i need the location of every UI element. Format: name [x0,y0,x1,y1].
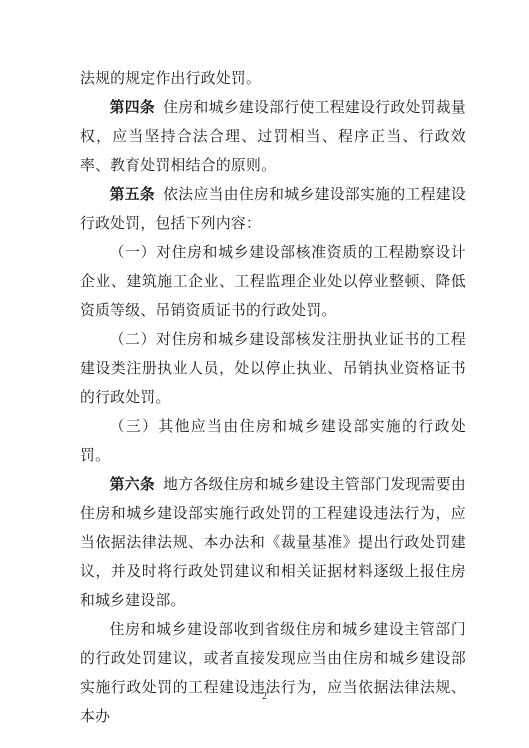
article-number-label: 第六条 [110,477,155,493]
paragraph-text: （二）对住房和城乡建设部核发注册执业证书的工程建设类注册执业人员，处以停止执业、… [80,332,466,406]
document-page: 法规的规定作出行政处罚。 第四条住房和城乡建设部行使工程建设行政处罚裁量权，应当… [0,0,529,748]
page-number: 2 [0,691,529,702]
paragraph-text: （三）其他应当由住房和城乡建设部实施的行政处罚。 [80,419,466,464]
paragraph: 法规的规定作出行政处罚。 [80,65,466,94]
paragraph-text: （一）对住房和城乡建设部核准资质的工程勘察设计企业、建筑施工企业、工程监理企业处… [80,245,466,319]
paragraph: （二）对住房和城乡建设部核发注册执业证书的工程建设类注册执业人员，处以停止执业、… [80,326,466,413]
article-number-label: 第五条 [110,187,155,203]
paragraph: （三）其他应当由住房和城乡建设部实施的行政处罚。 [80,413,466,471]
paragraph: 第四条住房和城乡建设部行使工程建设行政处罚裁量权，应当坚持合法合理、过罚相当、程… [80,94,466,181]
paragraph-text: 法规的规定作出行政处罚。 [80,71,261,87]
paragraph: （一）对住房和城乡建设部核准资质的工程勘察设计企业、建筑施工企业、工程监理企业处… [80,239,466,326]
paragraph-text: 地方各级住房和城乡建设主管部门发现需要由住房和城乡建设部实施行政处罚的工程建设违… [80,477,466,609]
paragraph: 第五条依法应当由住房和城乡建设部实施的工程建设行政处罚，包括下列内容： [80,181,466,239]
paragraph: 住房和城乡建设部收到省级住房和城乡建设主管部门的行政处罚建议，或者直接发现应当由… [80,616,466,732]
paragraph-text: 住房和城乡建设部收到省级住房和城乡建设主管部门的行政处罚建议，或者直接发现应当由… [80,622,466,725]
document-body: 法规的规定作出行政处罚。 第四条住房和城乡建设部行使工程建设行政处罚裁量权，应当… [80,65,466,732]
paragraph: 第六条地方各级住房和城乡建设主管部门发现需要由住房和城乡建设部实施行政处罚的工程… [80,471,466,616]
article-number-label: 第四条 [110,100,155,116]
